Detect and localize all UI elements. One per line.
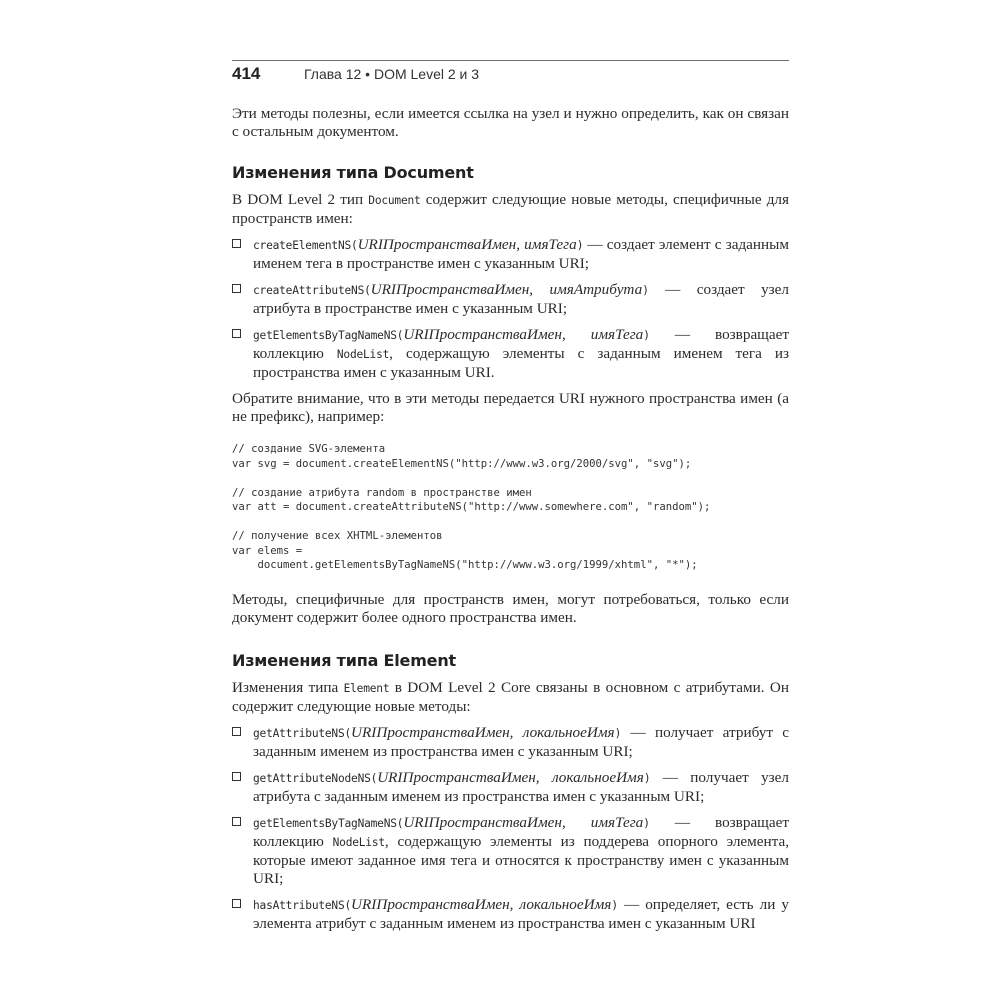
inline-code: Document <box>368 194 420 207</box>
method-args: URIПространстваИмен, имяТега <box>403 326 643 343</box>
method-name: getElementsByTagNameNS( <box>253 817 403 830</box>
method-args: URIПространстваИмен, локальноеИмя <box>351 724 615 741</box>
checkbox-bullet-icon <box>232 284 241 293</box>
method-name: getAttributeNodeNS( <box>253 772 377 785</box>
code-listing: // создание SVG-элемента var svg = docum… <box>232 442 789 573</box>
list-item: getAttributeNS(URIПространстваИмен, лока… <box>232 724 789 761</box>
book-page: 414 Глава 12 • DOM Level 2 и 3 Эти метод… <box>232 60 789 933</box>
list-item: createAttributeNS(URIПространстваИмен, и… <box>232 281 789 318</box>
inline-code: NodeList <box>333 836 385 849</box>
list-item: hasAttributeNS(URIПространстваИмен, лока… <box>232 896 789 933</box>
document-methods-list: createElementNS(URIПространстваИмен, имя… <box>232 236 789 382</box>
checkbox-bullet-icon <box>232 239 241 248</box>
checkbox-bullet-icon <box>232 329 241 338</box>
method-name: getAttributeNS( <box>253 727 351 740</box>
outro-paragraph: Методы, специфичные для пространств имен… <box>232 591 789 627</box>
list-item: getElementsByTagNameNS(URIПространстваИм… <box>232 326 789 382</box>
section-heading-element: Изменения типа Element <box>232 651 789 670</box>
method-name: hasAttributeNS( <box>253 899 351 912</box>
method-args: URIПространстваИмен, локальноеИмя <box>351 896 611 913</box>
method-name: createAttributeNS( <box>253 284 371 297</box>
page-number: 414 <box>232 64 260 84</box>
method-name: getElementsByTagNameNS( <box>253 329 403 342</box>
checkbox-bullet-icon <box>232 727 241 736</box>
section-heading-document: Изменения типа Document <box>232 163 789 182</box>
list-item: getAttributeNodeNS(URIПространстваИмен, … <box>232 769 789 806</box>
lead-text: Изменения типа <box>232 679 344 696</box>
list-item: getElementsByTagNameNS(URIПространстваИм… <box>232 814 789 888</box>
list-item: createElementNS(URIПространстваИмен, имя… <box>232 236 789 273</box>
document-lead-paragraph: В DOM Level 2 тип Document содержит след… <box>232 191 789 228</box>
checkbox-bullet-icon <box>232 817 241 826</box>
running-header: 414 Глава 12 • DOM Level 2 и 3 <box>232 61 789 91</box>
method-args: URIПространстваИмен, имяТега <box>358 236 577 253</box>
lead-text: В DOM Level 2 тип <box>232 191 368 208</box>
method-args: URIПространстваИмен, имяАтрибута <box>371 281 643 298</box>
element-methods-list: getAttributeNS(URIПространстваИмен, лока… <box>232 724 789 933</box>
chapter-title: Глава 12 • DOM Level 2 и 3 <box>304 66 479 82</box>
checkbox-bullet-icon <box>232 899 241 908</box>
method-args: URIПространстваИмен, локальноеИмя <box>377 769 644 786</box>
method-args: URIПространстваИмен, имяТега <box>403 814 643 831</box>
intro-paragraph: Эти методы полезны, если имеется ссылка … <box>232 105 789 141</box>
method-name: createElementNS( <box>253 239 358 252</box>
inline-code: NodeList <box>337 348 389 361</box>
inline-code: Element <box>344 682 390 695</box>
namespace-note-paragraph: Обратите внимание, что в эти методы пере… <box>232 390 789 426</box>
checkbox-bullet-icon <box>232 772 241 781</box>
element-lead-paragraph: Изменения типа Element в DOM Level 2 Cor… <box>232 679 789 716</box>
